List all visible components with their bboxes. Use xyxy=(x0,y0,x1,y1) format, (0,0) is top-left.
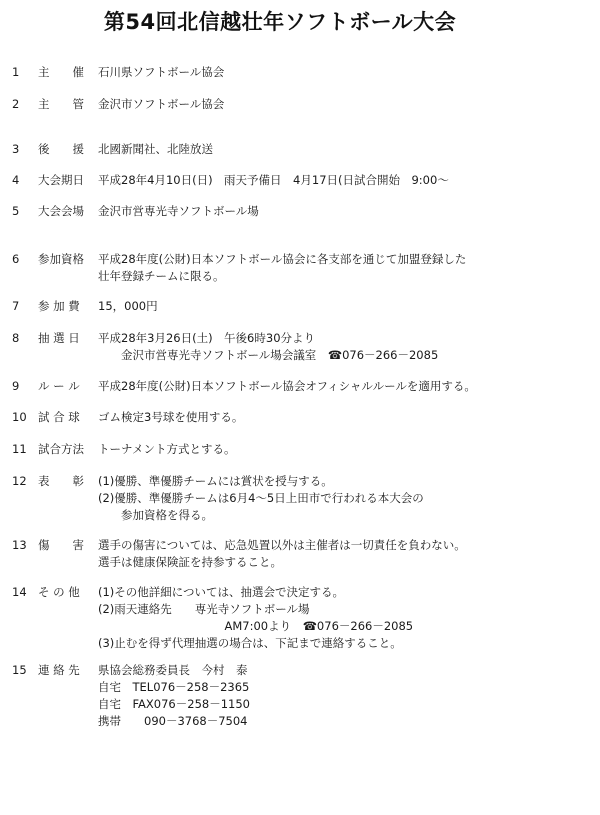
item-number: 6 xyxy=(12,251,34,267)
item-label: 主 催 xyxy=(38,64,98,80)
item-value: (2)優勝、準優勝チームは6月4〜5日上田市で行われる本大会の xyxy=(98,490,424,507)
item-value: 金沢市営専光寺ソフトボール場 xyxy=(98,203,259,220)
item-label: 大会会場 xyxy=(38,203,98,219)
document-title: 第54回北信越壮年ソフトボール大会 xyxy=(0,6,560,36)
item-value: (2)雨天連絡先 専光寺ソフトボール場 xyxy=(98,601,413,618)
item-value: (1)優勝、準優勝チームには賞状を授与する。 xyxy=(98,473,424,490)
item-value: AM7:00より ☎076－266－2085 xyxy=(98,618,413,635)
item-number: 10 xyxy=(12,409,34,425)
item-label: 表 彰 xyxy=(38,473,98,489)
item-label: 主 管 xyxy=(38,96,98,112)
item-number: 13 xyxy=(12,537,34,553)
item-label: 連 絡 先 xyxy=(38,662,98,678)
item-label: 参加資格 xyxy=(38,251,98,267)
item-number: 15 xyxy=(12,662,34,678)
item-value: 金沢市ソフトボール協会 xyxy=(98,96,224,113)
item-value: 平成28年度(公財)日本ソフトボール協会オフィシャルルールを適用する。 xyxy=(98,378,476,395)
item-number: 9 xyxy=(12,378,34,394)
item-value: ゴム検定3号球を使用する。 xyxy=(98,409,243,426)
item-value: 選手の傷害については、応急処置以外は主催者は一切責任を負わない。 xyxy=(98,537,466,554)
item-label: そ の 他 xyxy=(38,584,98,600)
item-label: 傷 害 xyxy=(38,537,98,553)
item-label: 後 援 xyxy=(38,141,98,157)
item-value: 金沢市営専光寺ソフトボール場会議室 ☎076－266－2085 xyxy=(98,347,438,364)
item-label: 試合方法 xyxy=(38,441,98,457)
item-value: 携帯 090－3768－7504 xyxy=(98,713,250,730)
item-value: 平成28年3月26日(土) 午後6時30分より xyxy=(98,330,438,347)
item-label: 抽 選 日 xyxy=(38,330,98,346)
item-value: 平成28年度(公財)日本ソフトボール協会に各支部を通じて加盟登録した xyxy=(98,251,466,268)
item-value: 15，000円 xyxy=(98,298,158,315)
item-number: 5 xyxy=(12,203,34,219)
item-number: 3 xyxy=(12,141,34,157)
item-label: ル ー ル xyxy=(38,378,98,394)
item-number: 12 xyxy=(12,473,34,489)
item-value: 選手は健康保険証を持参すること。 xyxy=(98,554,466,571)
item-label: 試 合 球 xyxy=(38,409,98,425)
item-value: 北國新聞社、北陸放送 xyxy=(98,141,213,158)
item-number: 1 xyxy=(12,64,34,80)
item-value: 平成28年4月10日(日) 雨天予備日 4月17日(日試合開始 9:00〜 xyxy=(98,172,449,189)
item-label: 参 加 費 xyxy=(38,298,98,314)
item-value: (1)その他詳細については、抽選会で決定する。 xyxy=(98,584,413,601)
item-label: 大会期日 xyxy=(38,172,98,188)
item-value: 県協会総務委員長 今村 泰 xyxy=(98,662,250,679)
item-value: 石川県ソフトボール協会 xyxy=(98,64,224,81)
item-value: (3)止むを得ず代理抽選の場合は、下記まで連絡すること。 xyxy=(98,635,413,652)
item-number: 7 xyxy=(12,298,34,314)
item-value: 壮年登録チームに限る。 xyxy=(98,268,466,285)
item-number: 14 xyxy=(12,584,34,600)
item-value: 参加資格を得る。 xyxy=(98,507,424,524)
item-number: 8 xyxy=(12,330,34,346)
item-number: 2 xyxy=(12,96,34,112)
item-value: 自宅 FAX076－258－1150 xyxy=(98,696,250,713)
item-value: 自宅 TEL076－258－2365 xyxy=(98,679,250,696)
item-number: 4 xyxy=(12,172,34,188)
item-number: 11 xyxy=(12,441,34,457)
item-value: トーナメント方式とする。 xyxy=(98,441,236,458)
